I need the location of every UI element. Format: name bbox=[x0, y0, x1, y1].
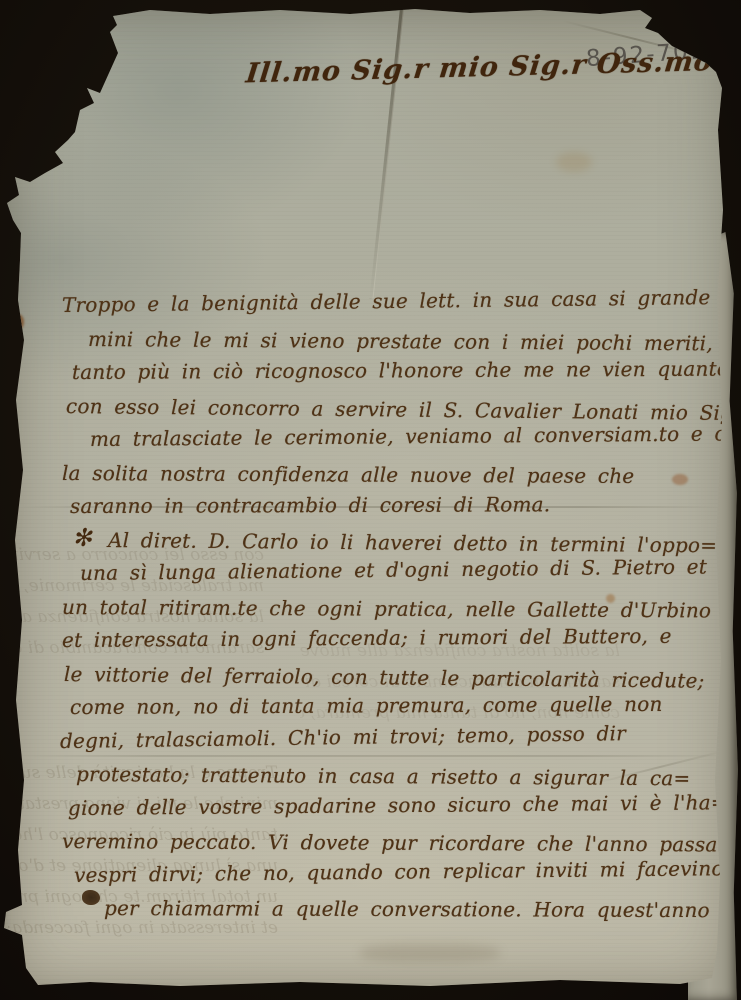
horizontal-fold-crease bbox=[20, 755, 720, 757]
faint-stain bbox=[556, 152, 592, 172]
manuscript-line: degni, tralasciamoli. Ch'io mi trovi; te… bbox=[60, 721, 626, 753]
manuscript-line: saranno in contracambio di coresi di Rom… bbox=[70, 492, 550, 518]
manuscript-line: et interessata in ogni faccenda; i rumor… bbox=[62, 624, 672, 652]
manuscript-line: ma tralasciate le cerimonie, veniamo al … bbox=[90, 421, 741, 451]
manuscript-line: protestato; trattenuto in casa a risetto… bbox=[76, 762, 691, 790]
salutation: Ill.mo Sig.r mio Sig.r Oss.mo bbox=[244, 50, 577, 90]
manuscript-line: con esso lei concorro a servire il S. Ca… bbox=[66, 394, 741, 425]
ink-blot bbox=[82, 890, 100, 905]
section-mark-icon: ✻ bbox=[70, 523, 94, 554]
manuscript-line: come non, no di tanta mia premura, come … bbox=[70, 692, 663, 719]
manuscript-line: vespri dirvi; che no, quando con replica… bbox=[74, 856, 741, 887]
manuscript-line: mini che le mi si vieno prestate con i m… bbox=[88, 327, 741, 356]
manuscript-line: una sì lunga alienatione et d'ogni negot… bbox=[80, 554, 707, 585]
manuscript-line: un total ritiram.te che ogni pratica, ne… bbox=[62, 595, 711, 622]
rust-stain bbox=[12, 314, 24, 330]
manuscript-line: veremino peccato. Vi dovete pur ricordar… bbox=[62, 829, 738, 857]
manuscript-photo: ct li e re et a 8-92-701 Ill.mo Sig.r mi… bbox=[0, 0, 741, 1000]
letter-page: 8-92-701 Ill.mo Sig.r mio Sig.r Oss.mo c… bbox=[0, 0, 741, 1000]
manuscript-line: tanto più in ciò ricognosco l'honore che… bbox=[72, 357, 729, 384]
manuscript-line: per chiamarmi a quelle conversatione. Ho… bbox=[104, 896, 710, 922]
manuscript-line: Al diret. D. Carlo io li haverei detto i… bbox=[108, 528, 717, 557]
smudge-stain bbox=[360, 944, 500, 962]
vertical-fold-crease bbox=[369, 8, 404, 299]
manuscript-line: le vittorie del ferraiolo, con tutte le … bbox=[64, 662, 705, 693]
manuscript-line: la solita nostra confidenza alle nuove d… bbox=[62, 461, 634, 488]
manuscript-line: gione delle vostre spadarine sono sicuro… bbox=[68, 790, 728, 820]
small-stain bbox=[672, 474, 688, 485]
manuscript-line: Troppo e la benignità delle sue lett. in… bbox=[62, 283, 741, 317]
